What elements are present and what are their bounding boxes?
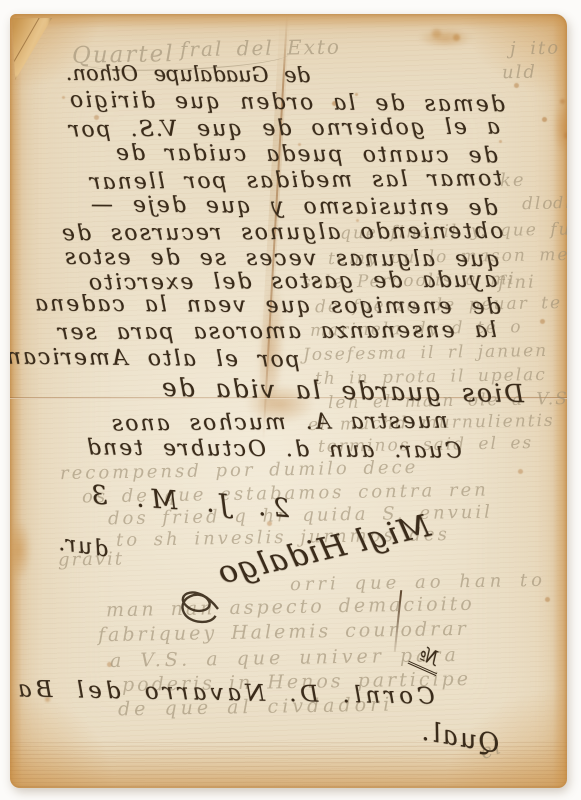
stain-top-center [418, 28, 473, 48]
ink-line: de enemigos que vean la cadena [33, 291, 501, 319]
ink-line: nuestra A. muchos anos [110, 409, 448, 437]
ghost-line: dls [553, 193, 567, 213]
ink-line: tomar las medidas por llenar [88, 166, 502, 195]
ghost-line: Josefesma il rl januen [303, 341, 548, 365]
ink-line: de Guadalupe Othon. [66, 61, 310, 87]
ghost-line: dlo [522, 194, 555, 215]
stain-right-edge [553, 102, 567, 154]
ink-line: demas de la orden que dirigio [68, 88, 505, 118]
ghost-line: fabriquey Halemis courodrar [98, 618, 469, 646]
ink-line: de entusiasmo y que deje — [89, 192, 498, 221]
ghost-line: fini [498, 272, 536, 294]
ghost-line: uld [502, 62, 537, 84]
address-tail: Qual. [418, 716, 502, 759]
ink-line: la ensenanza amorosa para ser [56, 318, 497, 345]
ghost-line: fral del Exto [180, 35, 341, 62]
manuscript-paper: Quartel fral del Exto j ito uld dlo ke d… [10, 14, 567, 788]
ink-line: Dios guarde la vida de [160, 373, 525, 408]
photo-backdrop: Quartel fral del Exto j ito uld dlo ke d… [0, 0, 581, 800]
ink-line: a el gobierno de que V.S. por [67, 114, 500, 142]
ink-line: por el alto Americano. [10, 344, 300, 372]
ghost-line: j ito [510, 38, 560, 60]
ghost-line: a V.S. a que univer para [110, 644, 460, 672]
stain-left-edge [10, 519, 32, 581]
ghost-line: ke [500, 170, 526, 191]
ink-line: Cuar. aun d. Octubre tend [85, 435, 462, 463]
foxing-spots [10, 14, 13, 17]
ink-line: de cuanto pueda cuidar de [114, 141, 498, 169]
ink-line: obteniendo algunos recursos de [59, 219, 503, 246]
folded-corner-dogear [12, 18, 52, 80]
left-edge-toning [10, 14, 22, 788]
